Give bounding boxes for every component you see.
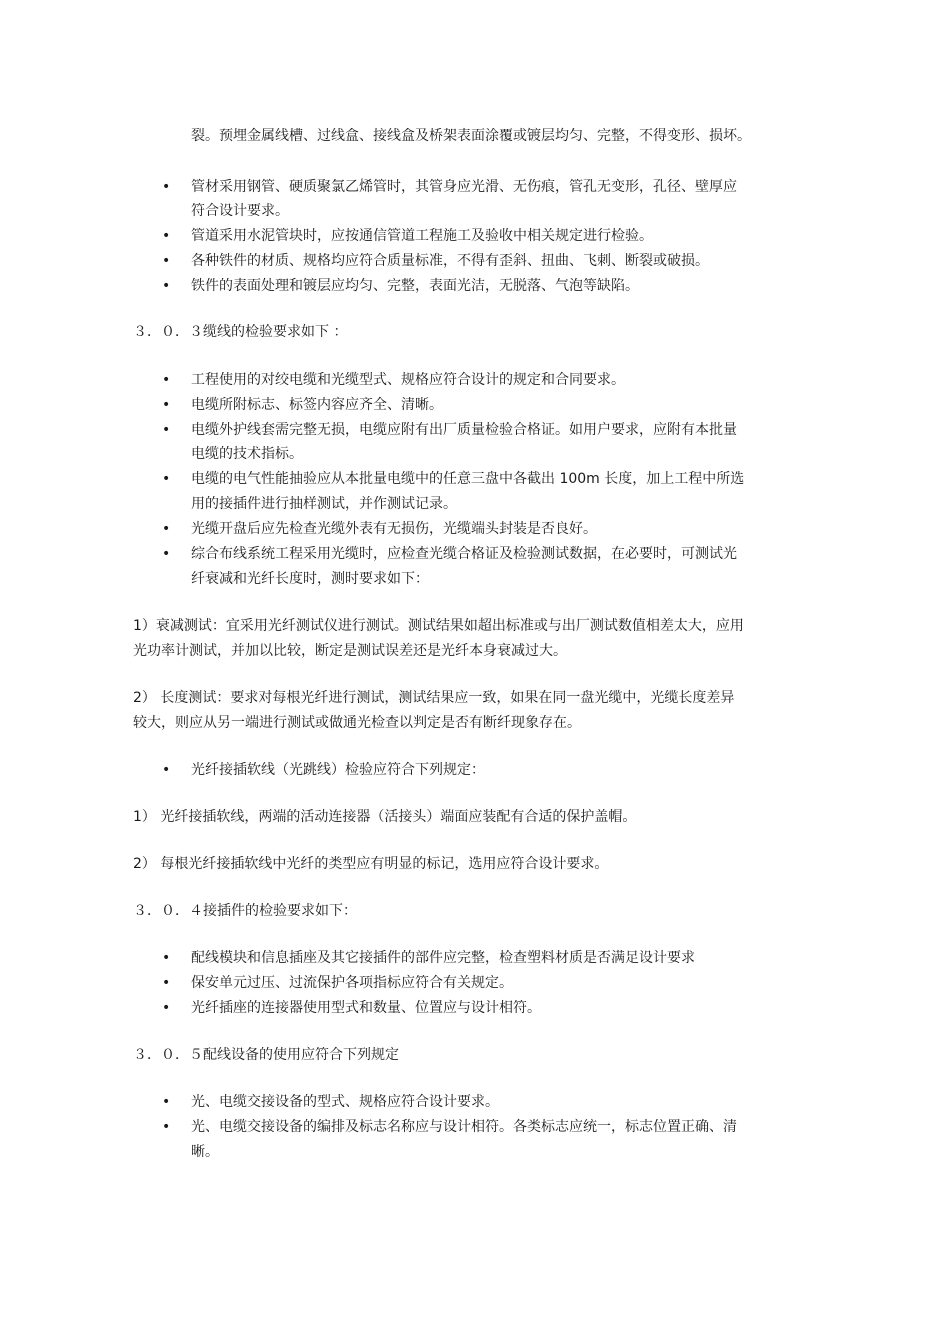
list-item: 光缆开盘后应先检查光缆外表有无损伤，光缆端头封装是否良好。: [191, 517, 597, 541]
list-item: 配线模块和信息插座及其它接插件的部件应完整，检查塑料材质是否满足设计要求: [191, 946, 695, 970]
list-item: 电缆所附标志、标签内容应齐全、清晰。: [191, 393, 443, 417]
list-item: 电缆外护线套需完整无损，电缆应附有出厂质量检验合格证。如用户要求，应附有本批量: [191, 418, 737, 442]
list-item: 各种铁件的材质、规格均应符合质量标准，不得有歪斜、扭曲、飞刺、断裂或破损。: [191, 249, 709, 273]
bullet-icon: [162, 1115, 172, 1139]
continuation-paragraph: 裂。预埋金属线槽、过线盒、接线盒及桥架表面涂覆或镀层均匀、完整，不得变形、损坏。: [191, 124, 751, 148]
list-item: 光纤接插软线（光跳线）检验应符合下列规定：: [191, 758, 485, 782]
rule-paragraph: 2） 每根光纤接插软线中光纤的类型应有明显的标记，选用应符合设计要求。: [133, 852, 608, 876]
bullet-icon: [162, 368, 172, 392]
bullet-icon: [162, 175, 172, 199]
test-paragraph: 1）衰减测试：宜采用光纤测试仪进行测试。测试结果如超出标准或与出厂测试数值相差太…: [133, 614, 744, 638]
list-item: 电缆的技术指标。: [191, 442, 303, 466]
bullet-icon: [162, 418, 172, 442]
list-item: 符合设计要求。: [191, 199, 289, 223]
list-item: 管道采用水泥管块时，应按通信管道工程施工及验收中相关规定进行检验。: [191, 224, 653, 248]
rule-paragraph: 1） 光纤接插软线，两端的活动连接器（活接头）端面应装配有合适的保护盖帽。: [133, 805, 636, 829]
bullet-icon: [162, 1090, 172, 1114]
list-item: 光纤插座的连接器使用型式和数量、位置应与设计相符。: [191, 996, 541, 1020]
list-item: 管材采用钢管、硬质聚氯乙烯管时，其管身应光滑、无伤痕，管孔无变形，孔径、壁厚应: [191, 175, 737, 199]
bullet-icon: [162, 467, 172, 491]
test-paragraph: 2） 长度测试：要求对每根光纤进行测试，测试结果应一致，如果在同一盘光缆中，光缆…: [133, 686, 734, 710]
test-paragraph: 光功率计测试，并加以比较，断定是测试误差还是光纤本身衰减过大。: [133, 639, 567, 663]
bullet-icon: [162, 971, 172, 995]
list-item: 电缆的电气性能抽验应从本批量电缆中的任意三盘中各截出 100m 长度，加上工程中…: [191, 467, 744, 491]
bullet-icon: [162, 517, 172, 541]
bullet-icon: [162, 996, 172, 1020]
list-item: 纤衰减和光纤长度时，测时要求如下：: [191, 567, 429, 591]
list-item: 保安单元过压、过流保护各项指标应符合有关规定。: [191, 971, 513, 995]
list-item: 晰。: [191, 1140, 219, 1164]
list-item: 综合布线系统工程采用光缆时，应检查光缆合格证及检验测试数据，在必要时，可测试光: [191, 542, 737, 566]
list-item: 光、电缆交接设备的型式、规格应符合设计要求。: [191, 1090, 499, 1114]
section-heading-303: ３．０．３缆线的检验要求如下 ：: [133, 320, 347, 344]
bullet-icon: [162, 542, 172, 566]
bullet-icon: [162, 274, 172, 298]
section-heading-304: ３．０．４接插件的检验要求如下：: [133, 899, 357, 923]
bullet-icon: [162, 946, 172, 970]
list-item: 铁件的表面处理和镀层应均匀、完整，表面光洁，无脱落、气泡等缺陷。: [191, 274, 639, 298]
bullet-icon: [162, 224, 172, 248]
document-page: 裂。预埋金属线槽、过线盒、接线盒及桥架表面涂覆或镀层均匀、完整，不得变形、损坏。…: [0, 0, 950, 1341]
list-item: 光、电缆交接设备的编排及标志名称应与设计相符。各类标志应统一，标志位置正确、清: [191, 1115, 737, 1139]
list-item: 工程使用的对绞电缆和光缆型式、规格应符合设计的规定和合同要求。: [191, 368, 625, 392]
bullet-icon: [162, 758, 172, 782]
section-heading-305: ３．０．５配线设备的使用应符合下列规定: [133, 1043, 399, 1067]
test-paragraph: 较大，则应从另一端进行测试或做通光检查以判定是否有断纤现象存在。: [133, 711, 581, 735]
bullet-icon: [162, 249, 172, 273]
bullet-icon: [162, 393, 172, 417]
list-item: 用的接插件进行抽样测试，并作测试记录。: [191, 492, 457, 516]
